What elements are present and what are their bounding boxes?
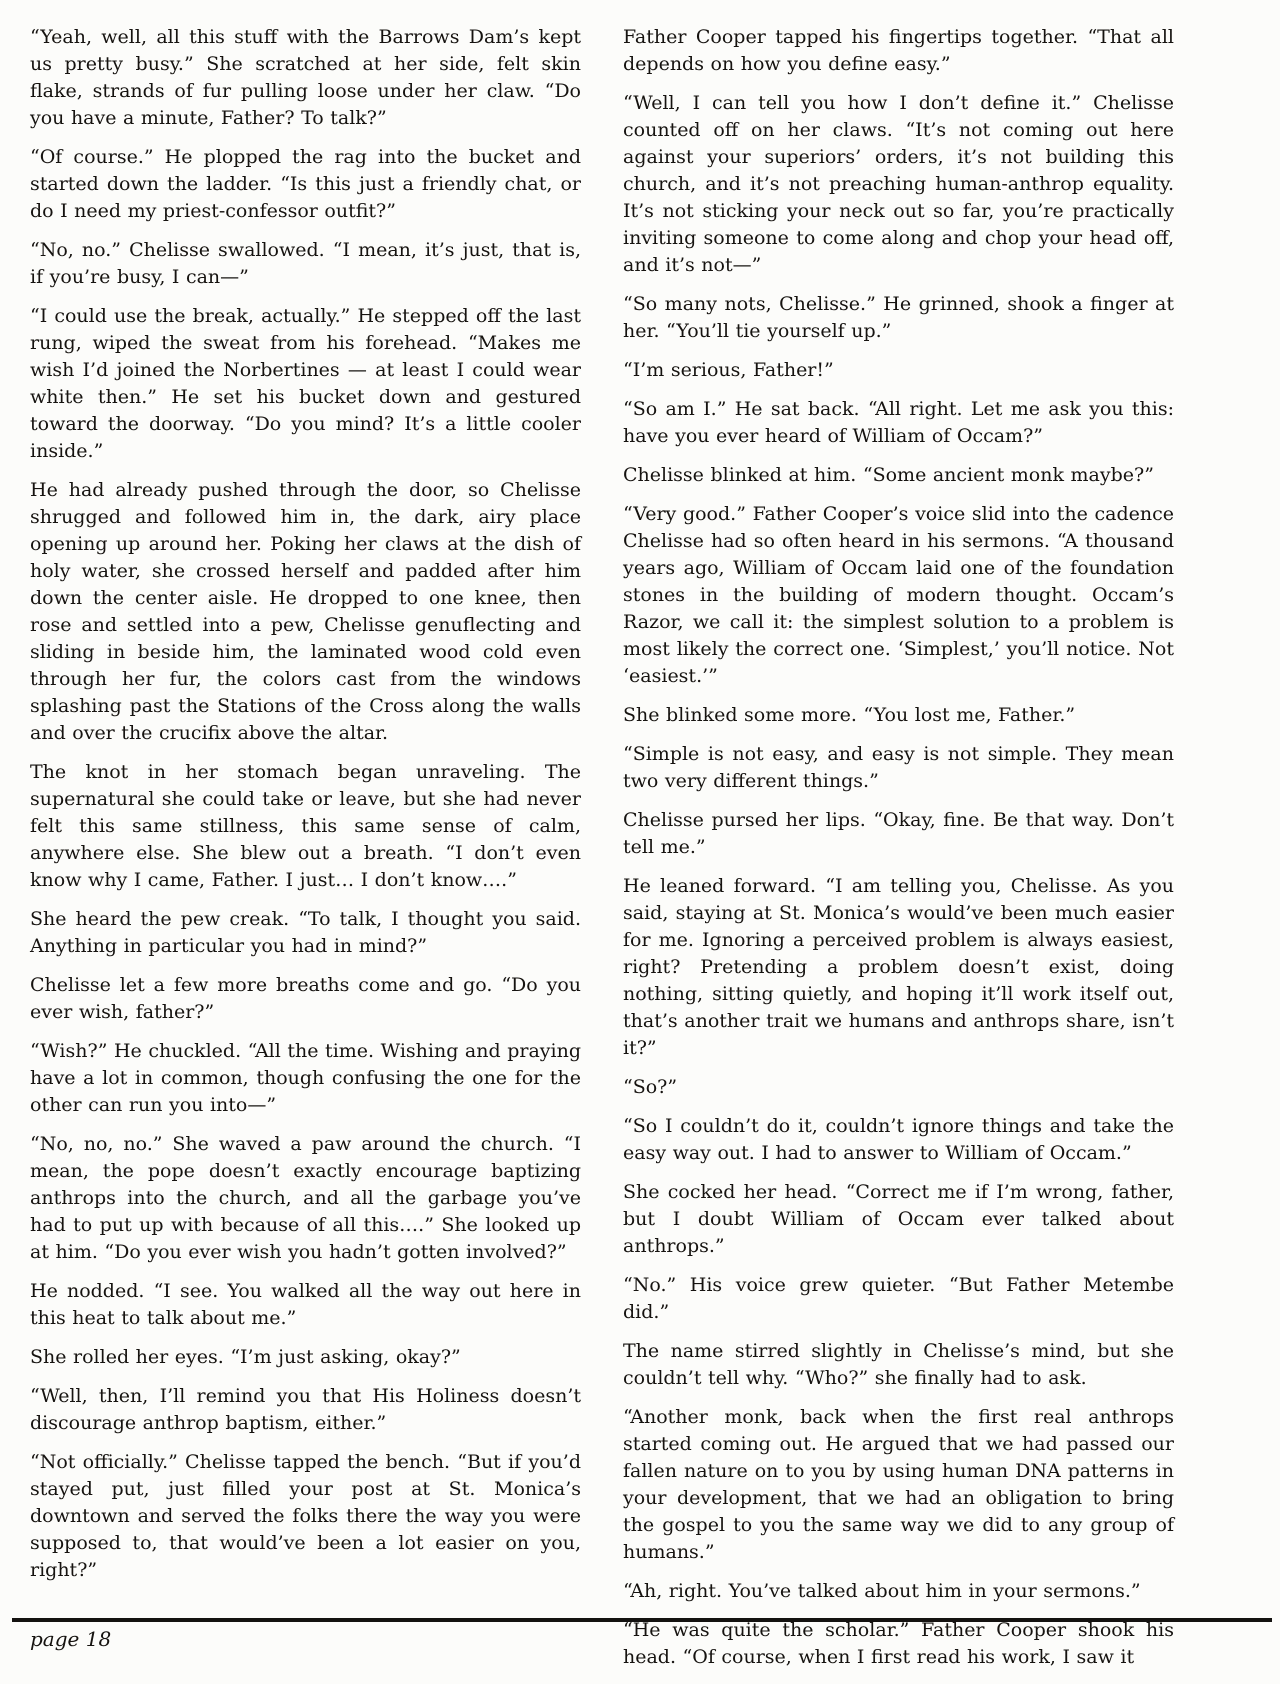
paragraph: He had already pushed through the door, … <box>30 477 581 747</box>
paragraph: “Another monk, back when the first real … <box>623 1404 1174 1566</box>
paragraph: “So?” <box>623 1074 1174 1101</box>
right-column: Father Cooper tapped his fingertips toge… <box>623 24 1174 1683</box>
left-column: “Yeah, well, all this stuff with the Bar… <box>30 24 581 1683</box>
paragraph: Chelisse let a few more breaths come and… <box>30 972 581 1026</box>
paragraph: Father Cooper tapped his fingertips toge… <box>623 24 1174 78</box>
paragraph: Chelisse pursed her lips. “Okay, fine. B… <box>623 807 1174 861</box>
paragraph: “I’m serious, Father!” <box>623 357 1174 384</box>
paragraph: “Not officially.” Chelisse tapped the be… <box>30 1449 581 1584</box>
paragraph: She heard the pew creak. “To talk, I tho… <box>30 906 581 960</box>
paragraph: The name stirred slightly in Chelisse’s … <box>623 1338 1174 1392</box>
paragraph: “So I couldn’t do it, couldn’t ignore th… <box>623 1113 1174 1167</box>
paragraph: “Well, then, I’ll remind you that His Ho… <box>30 1383 581 1437</box>
paragraph: “Of course.” He plopped the rag into the… <box>30 144 581 225</box>
paragraph: “Well, I can tell you how I don’t define… <box>623 90 1174 279</box>
paragraph: “Simple is not easy, and easy is not sim… <box>623 741 1174 795</box>
paragraph: “No, no, no.” She waved a paw around the… <box>30 1131 581 1266</box>
paragraph: “Yeah, well, all this stuff with the Bar… <box>30 24 581 132</box>
paragraph: “Ah, right. You’ve talked about him in y… <box>623 1578 1174 1605</box>
paragraph: The knot in her stomach began unraveling… <box>30 759 581 894</box>
paragraph: “Very good.” Father Cooper’s voice slid … <box>623 501 1174 690</box>
page-number-label: page 18 <box>30 1627 1280 1651</box>
paragraph: “So am I.” He sat back. “All right. Let … <box>623 396 1174 450</box>
paragraph: She cocked her head. “Correct me if I’m … <box>623 1179 1174 1260</box>
paragraph: He nodded. “I see. You walked all the wa… <box>30 1278 581 1332</box>
paragraph: “No.” His voice grew quieter. “But Fathe… <box>623 1272 1174 1326</box>
text-columns: “Yeah, well, all this stuff with the Bar… <box>30 24 1174 1683</box>
paragraph: He leaned forward. “I am telling you, Ch… <box>623 873 1174 1062</box>
book-page: “Yeah, well, all this stuff with the Bar… <box>0 0 1280 1684</box>
paragraph: “No, no.” Chelisse swallowed. “I mean, i… <box>30 237 581 291</box>
paragraph: Chelisse blinked at him. “Some ancient m… <box>623 462 1174 489</box>
page-footer: page 18 <box>0 1618 1280 1651</box>
paragraph: “I could use the break, actually.” He st… <box>30 303 581 465</box>
paragraph: “Wish?” He chuckled. “All the time. Wish… <box>30 1038 581 1119</box>
paragraph: She rolled her eyes. “I’m just asking, o… <box>30 1344 581 1371</box>
paragraph: “So many nots, Chelisse.” He grinned, sh… <box>623 291 1174 345</box>
paragraph: She blinked some more. “You lost me, Fat… <box>623 702 1174 729</box>
footer-rule <box>12 1618 1272 1622</box>
